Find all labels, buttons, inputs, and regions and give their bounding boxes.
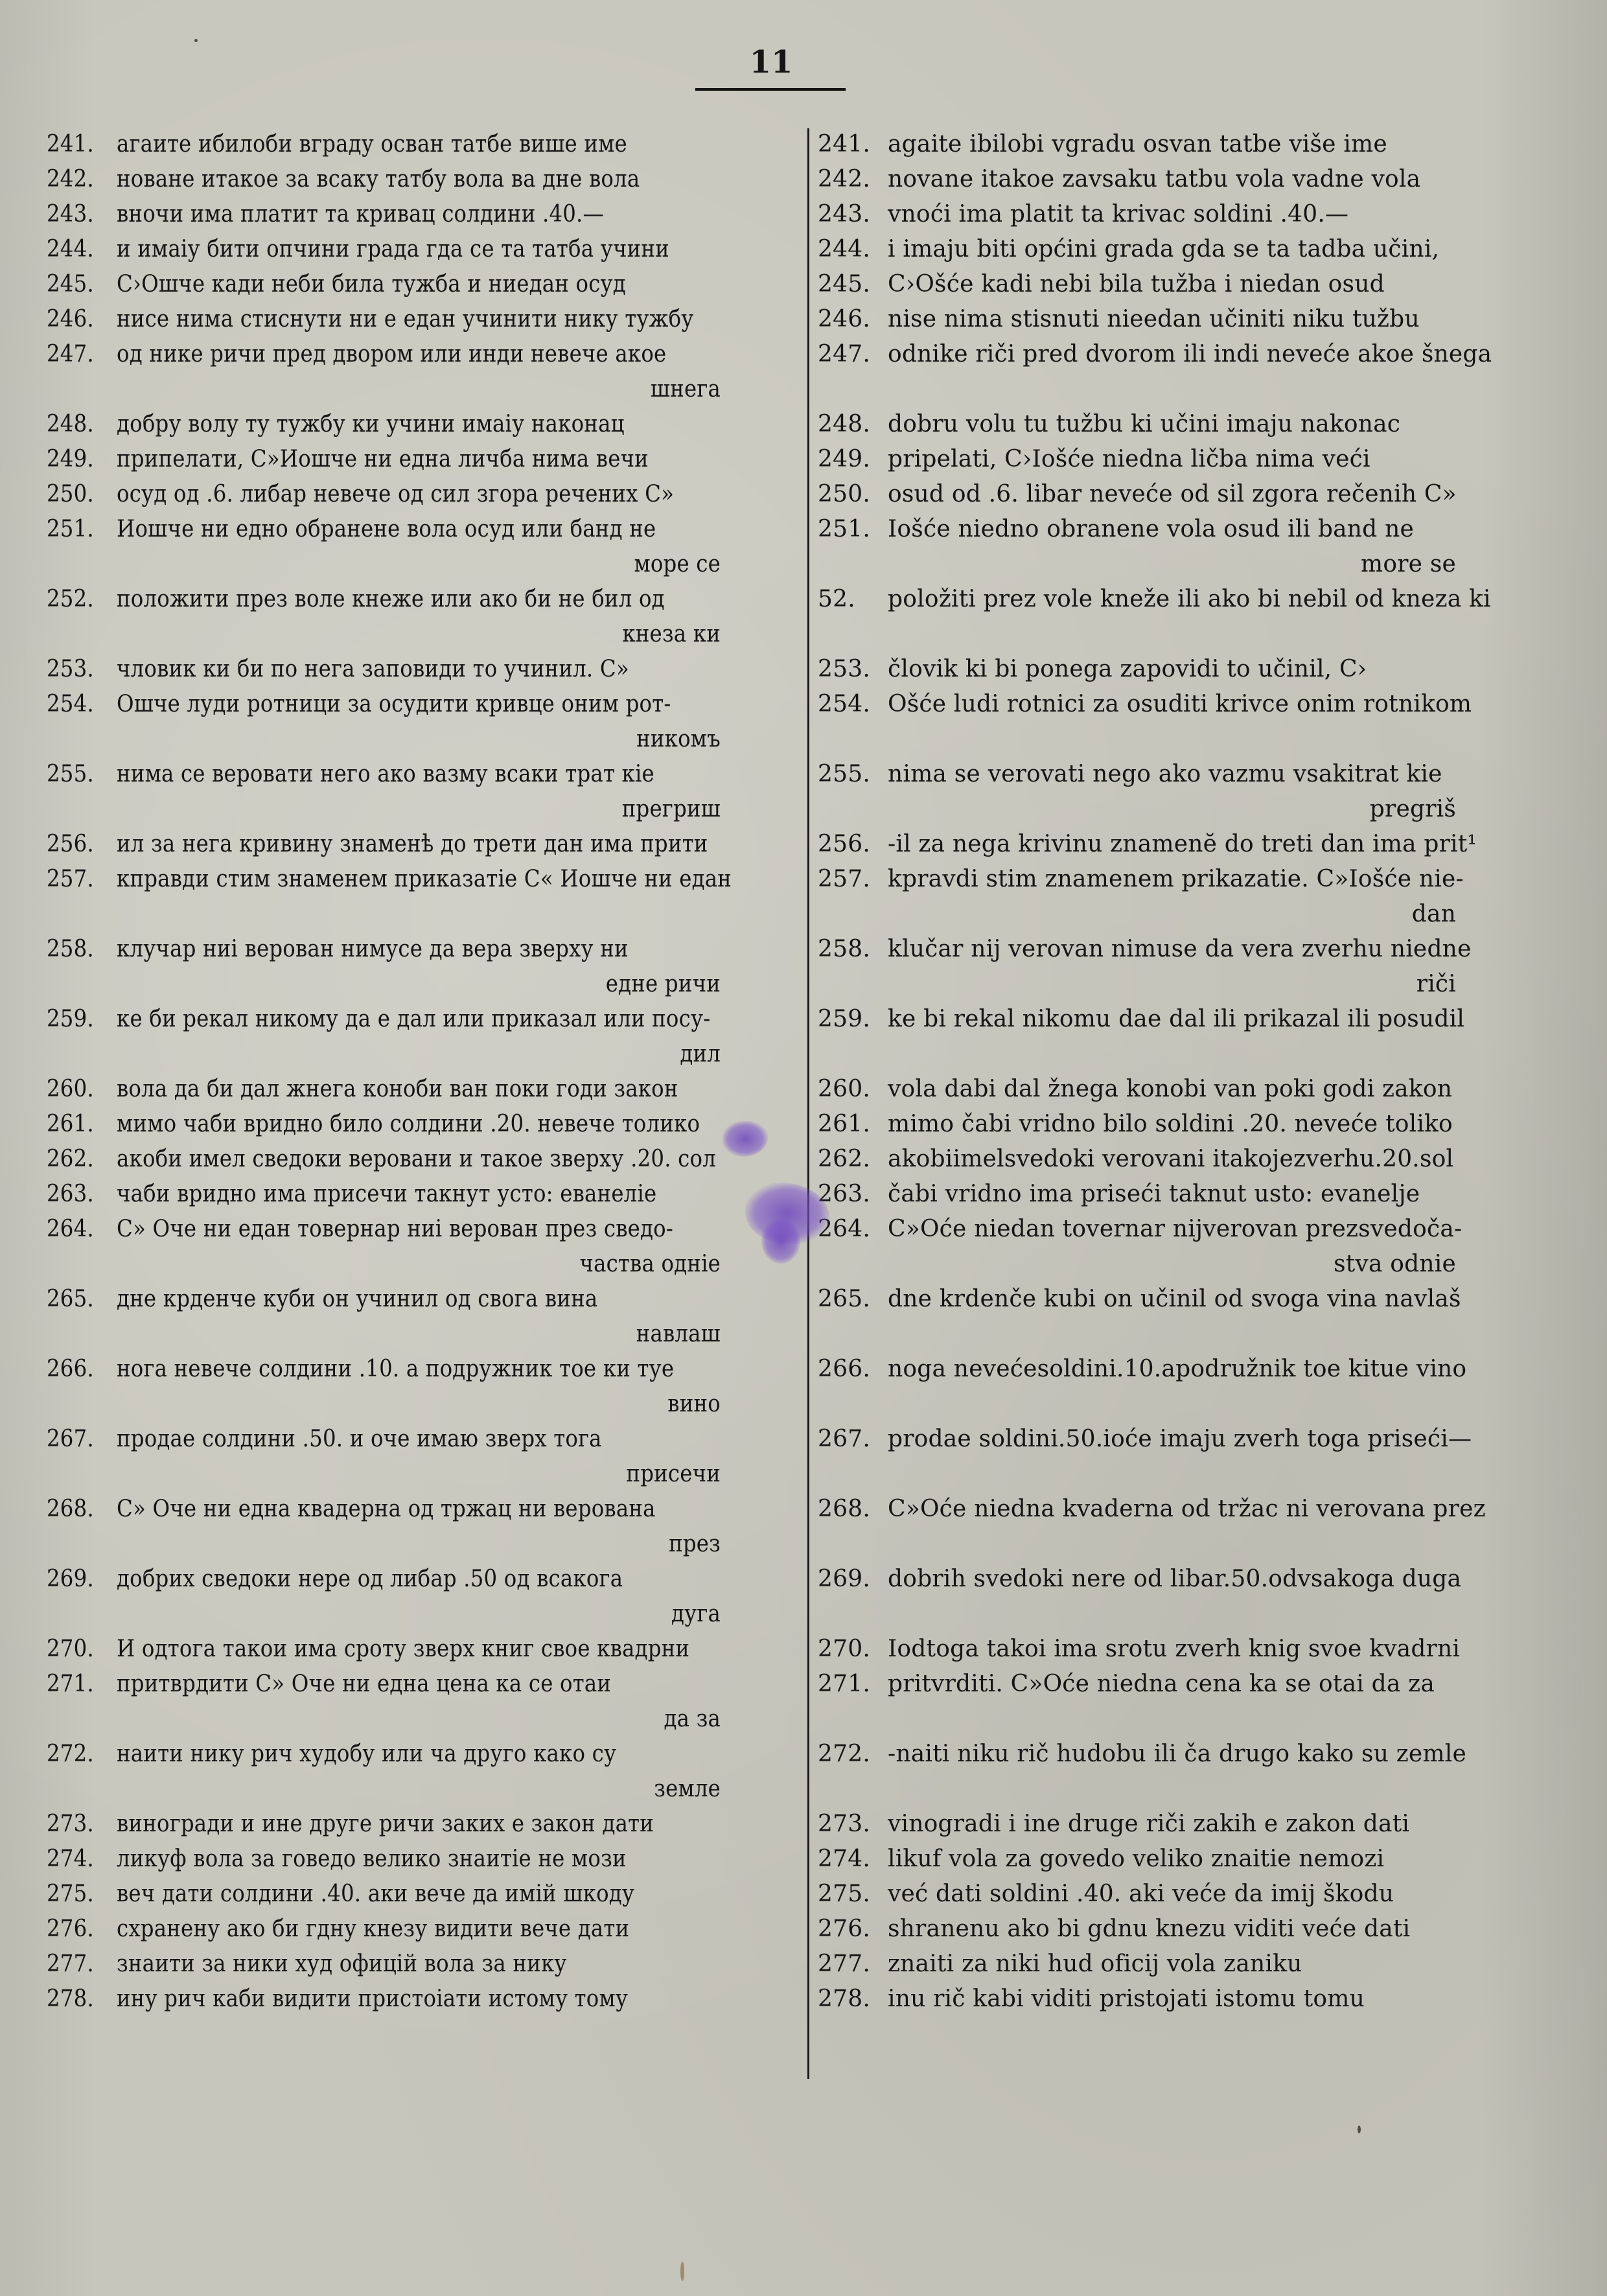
line-text: već dati soldini .40. aki veće da imij š… bbox=[888, 1881, 1394, 1907]
line-number: 251. bbox=[47, 512, 117, 547]
numbered-line: 259.ke bi rekal nikomu dae dal ili prika… bbox=[818, 1002, 1514, 1037]
numbered-line: 273.vinogradi i ine druge riči zakih e z… bbox=[818, 1807, 1514, 1842]
blank-line bbox=[818, 1317, 1514, 1352]
line-continuation: шнега bbox=[47, 372, 798, 407]
blank-line bbox=[818, 1527, 1514, 1562]
numbered-line: 257.кправди стим знаменем приказатіе С« … bbox=[47, 862, 798, 897]
line-text: vola dabi dal žnega konobi van poki godi… bbox=[888, 1076, 1452, 1102]
line-number: 272. bbox=[47, 1737, 117, 1772]
line-text: agaite ibilobi vgradu osvan tatbe više i… bbox=[888, 131, 1387, 157]
line-text: акоби имел сведоки веровани и такое звер… bbox=[117, 1146, 716, 1172]
numbered-line: 256.ил за нега кривину знаменѣ до трети … bbox=[47, 827, 798, 862]
line-continuation: riči bbox=[818, 967, 1514, 1002]
line-text: схранену ако би гдну кнезу видити вече д… bbox=[117, 1916, 629, 1942]
line-number: 277. bbox=[47, 1947, 117, 1982]
numbered-line: 277.знаити за ники худ офицій вола за ни… bbox=[47, 1947, 798, 1982]
line-number: 260. bbox=[818, 1072, 888, 1107]
line-text: клучар ниі верован нимусе да вера зверху… bbox=[117, 936, 629, 962]
line-text: dan bbox=[1412, 901, 1456, 927]
line-continuation: навлаш bbox=[47, 1317, 798, 1352]
line-text: С» Оче ни една квадерна од тржац ни веро… bbox=[117, 1496, 656, 1522]
numbered-line: 243.vnoći ima platit ta krivac soldini .… bbox=[818, 197, 1514, 232]
numbered-line: 242.novane itakoe zavsaku tatbu vola vad… bbox=[818, 162, 1514, 197]
line-number: 270. bbox=[47, 1632, 117, 1667]
line-text: noga nevećesoldini.10.apodružnik toe kit… bbox=[888, 1356, 1466, 1382]
line-text: C»Oće niedan tovernar nijverovan prezsve… bbox=[888, 1216, 1462, 1242]
line-text: нима се веровати него ако вазму всаки тр… bbox=[117, 761, 654, 787]
line-text: и имаіу бити опчини града гда се та татб… bbox=[117, 236, 669, 262]
line-text: nise nima stisnuti nieedan učiniti niku … bbox=[888, 306, 1420, 332]
line-text: akobiimelsvedoki verovani itakojezverhu.… bbox=[888, 1146, 1453, 1172]
numbered-line: 273.виногради и ине друге ричи заких е з… bbox=[47, 1807, 798, 1842]
line-text: Ошче луди ротници за осудити кривце оним… bbox=[117, 691, 671, 717]
line-text: добрих сведоки нере од либар .50 од всак… bbox=[117, 1566, 623, 1592]
numbered-line: 248.добру волу ту тужбу ки учини имаіу н… bbox=[47, 407, 798, 442]
numbered-line: 251.Иошче ни едно обранене вола осуд или… bbox=[47, 512, 798, 547]
line-number: 257. bbox=[818, 862, 888, 897]
line-text: чаби вридно има присечи такнут усто: ева… bbox=[117, 1181, 656, 1207]
line-number: 275. bbox=[818, 1877, 888, 1912]
numbered-line: 266.нога невече солдини .10. а подружник… bbox=[47, 1352, 798, 1387]
numbered-line: 275.već dati soldini .40. aki veće da im… bbox=[818, 1877, 1514, 1912]
line-text: притврдити С» Оче ни една цена ка се ота… bbox=[117, 1671, 611, 1697]
line-text: С» Оче ни едан товернар ниі верован през… bbox=[117, 1216, 673, 1242]
line-number: 264. bbox=[47, 1212, 117, 1247]
line-number: 250. bbox=[818, 477, 888, 512]
line-text: нисе нима стиснути ни е едан учинити ник… bbox=[117, 306, 694, 332]
line-number: 262. bbox=[818, 1142, 888, 1177]
numbered-line: 249.pripelati, C›Iošće niedna ličba nima… bbox=[818, 442, 1514, 477]
line-text: pritvrditi. C»Oće niedna cena ka se otai… bbox=[888, 1671, 1435, 1697]
numbered-line: 265.dne krdenče kubi on učinil od svoga … bbox=[818, 1282, 1514, 1317]
numbered-line: 241.агаите ибилоби вграду осван татбе ви… bbox=[47, 127, 798, 162]
line-text: more se bbox=[1361, 551, 1456, 577]
numbered-line: 246.нисе нима стиснути ни е едан учинити… bbox=[47, 302, 798, 337]
numbered-line: 243.вночи има платит та кривац солдини .… bbox=[47, 197, 798, 232]
numbered-line: 263.čabi vridno ima priseći taknut usto:… bbox=[818, 1177, 1514, 1212]
line-continuation: прегриш bbox=[47, 792, 798, 827]
line-number: 268. bbox=[47, 1492, 117, 1527]
line-continuation: кнеза ки bbox=[47, 617, 798, 652]
line-number: 264. bbox=[818, 1212, 888, 1247]
numbered-line: 247.од нике ричи пред двором или инди не… bbox=[47, 337, 798, 372]
line-text: človik ki bi ponega zapovidi to učinil, … bbox=[888, 656, 1367, 682]
line-text: stva odnie bbox=[1334, 1251, 1456, 1277]
numbered-line: 250.osud od .6. libar neveće od sil zgor… bbox=[818, 477, 1514, 512]
line-text: агаите ибилоби вграду осван татбе више и… bbox=[117, 131, 627, 157]
line-continuation: pregriš bbox=[818, 792, 1514, 827]
line-continuation: stva odnie bbox=[818, 1247, 1514, 1282]
line-text: položiti prez vole kneže ili ako bi nebi… bbox=[888, 586, 1491, 612]
line-continuation: никомъ bbox=[47, 722, 798, 757]
line-text: -naiti niku rič hudobu ili ča drugo kako… bbox=[888, 1741, 1466, 1767]
line-text: чловик ки би по нега заповиди то учинил.… bbox=[117, 656, 629, 682]
line-text: вино bbox=[667, 1391, 721, 1417]
line-text: новане итакое за всаку татбу вола ва дне… bbox=[117, 166, 640, 192]
line-text: дил bbox=[680, 1041, 721, 1067]
line-continuation: през bbox=[47, 1527, 798, 1562]
line-number: 243. bbox=[47, 197, 117, 232]
numbered-line: 252.положити през воле кнеже или ако би … bbox=[47, 582, 798, 617]
line-text: Iošće niedno obranene vola osud ili band… bbox=[888, 516, 1414, 542]
numbered-line: 270.И одтога такои има сроту зверх книг … bbox=[47, 1632, 798, 1667]
line-text: море се bbox=[634, 551, 721, 577]
line-text: навлаш bbox=[636, 1321, 721, 1347]
line-text: prodae soldini.50.ioće imaju zverh toga … bbox=[888, 1426, 1472, 1452]
line-text: -il za nega krivinu znamenĕ do treti dan… bbox=[888, 831, 1477, 857]
line-text: kpravdi stim znamenem prikazatie. C»Iošć… bbox=[888, 866, 1464, 892]
line-text: да за bbox=[664, 1706, 721, 1732]
line-continuation: dan bbox=[818, 897, 1514, 932]
line-text: C»Oće niedna kvaderna od tržac ni verova… bbox=[888, 1496, 1486, 1522]
numbered-line: 253.človik ki bi ponega zapovidi to učin… bbox=[818, 652, 1514, 687]
line-text: i imaju biti općini grada gda se ta tadb… bbox=[888, 236, 1439, 262]
line-text: vnoći ima platit ta krivac soldini .40.— bbox=[888, 201, 1348, 227]
line-number: 256. bbox=[818, 827, 888, 862]
blank-line bbox=[818, 372, 1514, 407]
line-text: Iodtoga takoi ima srotu zverh knig svoe … bbox=[888, 1636, 1460, 1662]
line-continuation: дуга bbox=[47, 1597, 798, 1632]
line-text: ину рич каби видити пристоіати истому то… bbox=[117, 1986, 628, 2012]
numbered-line: 255.nima se verovati nego ako vazmu vsak… bbox=[818, 757, 1514, 792]
line-number: 254. bbox=[818, 687, 888, 722]
numbered-line: 255.нима се веровати него ако вазму всак… bbox=[47, 757, 798, 792]
numbered-line: 260.вола да би дал жнега коноби ван поки… bbox=[47, 1072, 798, 1107]
line-number: 268. bbox=[818, 1492, 888, 1527]
line-number: 278. bbox=[47, 1982, 117, 2017]
line-number: 261. bbox=[47, 1107, 117, 1142]
line-number: 245. bbox=[818, 267, 888, 302]
line-number: 251. bbox=[818, 512, 888, 547]
line-text: вночи има платит та кривац солдини .40.— bbox=[117, 201, 604, 227]
line-continuation: more se bbox=[818, 547, 1514, 582]
column-divider bbox=[807, 128, 809, 2079]
line-text: ke bi rekal nikomu dae dal ili prikazal … bbox=[888, 1006, 1464, 1032]
line-number: 266. bbox=[47, 1352, 117, 1387]
numbered-line: 265.дне крденче куби он учинил од свога … bbox=[47, 1282, 798, 1317]
line-number: 253. bbox=[818, 652, 888, 687]
line-text: Иошче ни едно обранене вола осуд или бан… bbox=[117, 516, 656, 542]
numbered-line: 271.pritvrditi. C»Oće niedna cena ka se … bbox=[818, 1667, 1514, 1702]
line-number: 241. bbox=[818, 127, 888, 162]
numbered-line: 256.-il za nega krivinu znamenĕ do treti… bbox=[818, 827, 1514, 862]
blank-line bbox=[818, 1387, 1514, 1422]
numbered-line: 268.С» Оче ни една квадерна од тржац ни … bbox=[47, 1492, 798, 1527]
numbered-line: 269.dobrih svedoki nere od libar.50.odvs… bbox=[818, 1562, 1514, 1597]
blank-line bbox=[818, 1037, 1514, 1072]
numbered-line: 274.likuf vola za govedo veliko znaitie … bbox=[818, 1842, 1514, 1877]
line-number: 267. bbox=[47, 1422, 117, 1457]
line-text: likuf vola za govedo veliko znaitie nemo… bbox=[888, 1846, 1384, 1872]
line-continuation: частва одніе bbox=[47, 1247, 798, 1282]
line-text: dobrih svedoki nere od libar.50.odvsakog… bbox=[888, 1566, 1461, 1592]
numbered-line: 262.akobiimelsvedoki verovani itakojezve… bbox=[818, 1142, 1514, 1177]
line-number: 252. bbox=[47, 582, 117, 617]
page-number: 11 bbox=[0, 44, 1542, 80]
line-number: 259. bbox=[47, 1002, 117, 1037]
line-number: 250. bbox=[47, 477, 117, 512]
line-number: 266. bbox=[818, 1352, 888, 1387]
blank-line bbox=[818, 617, 1514, 652]
numbered-line: 278.ину рич каби видити пристоіати истом… bbox=[47, 1982, 798, 2017]
line-number: 263. bbox=[818, 1177, 888, 1212]
line-text: продае солдини .50. и оче имаю зверх тог… bbox=[117, 1426, 602, 1452]
numbered-line: 272.наити нику рич худобу или ча друго к… bbox=[47, 1737, 798, 1772]
line-number: 271. bbox=[818, 1667, 888, 1702]
numbered-line: 264.С» Оче ни едан товернар ниі верован … bbox=[47, 1212, 798, 1247]
line-text: присечи bbox=[626, 1461, 721, 1487]
line-number: 248. bbox=[818, 407, 888, 442]
line-continuation: море се bbox=[47, 547, 798, 582]
line-number: 249. bbox=[47, 442, 117, 477]
line-text: знаити за ники худ офицій вола за нику bbox=[117, 1951, 567, 1977]
numbered-line: 248.dobru volu tu tužbu ki učini imaju n… bbox=[818, 407, 1514, 442]
line-text: pripelati, C›Iošće niedna ličba nima već… bbox=[888, 446, 1370, 472]
line-continuation: дил bbox=[47, 1037, 798, 1072]
numbered-line: 249.припелати, С»Иошче ни една личба ним… bbox=[47, 442, 798, 477]
line-number: 263. bbox=[47, 1177, 117, 1212]
line-text: inu rič kabi viditi pristojati istomu to… bbox=[888, 1986, 1365, 2012]
line-number: 246. bbox=[47, 302, 117, 337]
numbered-line: 274.ликуф вола за говедо велико знаитіе … bbox=[47, 1842, 798, 1877]
blank-line bbox=[47, 897, 798, 932]
line-continuation: присечи bbox=[47, 1457, 798, 1492]
line-text: наити нику рич худобу или ча друго како … bbox=[117, 1741, 616, 1767]
numbered-line: 258.клучар ниі верован нимусе да вера зв… bbox=[47, 932, 798, 967]
line-number: 255. bbox=[47, 757, 117, 792]
numbered-line: 245.C›Ošće kadi nebi bila tužba i niedan… bbox=[818, 267, 1514, 302]
line-continuation: вино bbox=[47, 1387, 798, 1422]
numbered-line: 278.inu rič kabi viditi pristojati istom… bbox=[818, 1982, 1514, 2017]
line-text: добру волу ту тужбу ки учини имаіу након… bbox=[117, 411, 625, 437]
line-continuation: земле bbox=[47, 1772, 798, 1807]
line-text: znaiti za niki hud oficij vola zaniku bbox=[888, 1951, 1302, 1977]
numbered-line: 260.vola dabi dal žnega konobi van poki … bbox=[818, 1072, 1514, 1107]
line-number: 261. bbox=[818, 1107, 888, 1142]
numbered-line: 258.klučar nij verovan nimuse da vera zv… bbox=[818, 932, 1514, 967]
line-text: кправди стим знаменем приказатіе С« Иошч… bbox=[117, 866, 732, 892]
numbered-line: 271.притврдити С» Оче ни една цена ка се… bbox=[47, 1667, 798, 1702]
line-text: dobru volu tu tužbu ki učini imaju nakon… bbox=[888, 411, 1400, 437]
line-text: mimo čabi vridno bilo soldini .20. neveć… bbox=[888, 1111, 1453, 1137]
line-text: Ošće ludi rotnici za osuditi krivce onim… bbox=[888, 691, 1472, 717]
line-number: 246. bbox=[818, 302, 888, 337]
line-text: виногради и ине друге ричи заких е закон… bbox=[117, 1811, 654, 1837]
line-number: 242. bbox=[818, 162, 888, 197]
numbered-line: 264.C»Oće niedan tovernar nijverovan pre… bbox=[818, 1212, 1514, 1247]
line-text: мимо чаби вридно било солдини .20. невеч… bbox=[117, 1111, 700, 1137]
numbered-line: 268.C»Oće niedna kvaderna od tržac ni ve… bbox=[818, 1492, 1514, 1527]
numbered-line: 259.ке би рекал никому да е дал или прик… bbox=[47, 1002, 798, 1037]
line-text: ликуф вола за говедо велико знаитіе не м… bbox=[117, 1846, 627, 1872]
numbered-line: 266.noga nevećesoldini.10.apodružnik toe… bbox=[818, 1352, 1514, 1387]
line-number: 276. bbox=[818, 1912, 888, 1947]
line-number: 271. bbox=[47, 1667, 117, 1702]
line-continuation: да за bbox=[47, 1702, 798, 1737]
line-text: čabi vridno ima priseći taknut usto: eva… bbox=[888, 1181, 1420, 1207]
line-number: 245. bbox=[47, 267, 117, 302]
line-number: 258. bbox=[47, 932, 117, 967]
paper-speck bbox=[680, 2262, 684, 2281]
line-text: вола да би дал жнега коноби ван поки год… bbox=[117, 1076, 678, 1102]
numbered-line: 261.mimo čabi vridno bilo soldini .20. n… bbox=[818, 1107, 1514, 1142]
line-number: 269. bbox=[818, 1562, 888, 1597]
line-number: 249. bbox=[818, 442, 888, 477]
numbered-line: 267.prodae soldini.50.ioće imaju zverh t… bbox=[818, 1422, 1514, 1457]
line-number: 274. bbox=[47, 1842, 117, 1877]
line-text: И одтога такои има сроту зверх книг свое… bbox=[117, 1636, 689, 1662]
line-number: 244. bbox=[818, 232, 888, 267]
line-number: 277. bbox=[818, 1947, 888, 1982]
line-text: од нике ричи пред двором или инди невече… bbox=[117, 341, 666, 367]
numbered-line: 242.новане итакое за всаку татбу вола ва… bbox=[47, 162, 798, 197]
paper-speck bbox=[194, 39, 198, 42]
line-text: припелати, С»Иошче ни една личба нима ве… bbox=[117, 446, 649, 472]
line-number: 255. bbox=[818, 757, 888, 792]
line-number: 256. bbox=[47, 827, 117, 862]
line-number: 269. bbox=[47, 1562, 117, 1597]
line-text: dne krdenče kubi on učinil od svoga vina… bbox=[888, 1286, 1461, 1312]
line-number: 272. bbox=[818, 1737, 888, 1772]
line-text: частва одніе bbox=[579, 1251, 721, 1277]
line-number: 273. bbox=[47, 1807, 117, 1842]
numbered-line: 276.shranenu ako bi gdnu knezu viditi ve… bbox=[818, 1912, 1514, 1947]
line-number: 248. bbox=[47, 407, 117, 442]
cyrillic-column: 241.агаите ибилоби вграду осван татбе ви… bbox=[47, 127, 798, 2017]
line-number: 253. bbox=[47, 652, 117, 687]
line-number: 274. bbox=[818, 1842, 888, 1877]
line-text: pregriš bbox=[1370, 796, 1456, 822]
line-number: 242. bbox=[47, 162, 117, 197]
line-number: 265. bbox=[47, 1282, 117, 1317]
numbered-line: 244.и имаіу бити опчини града гда се та … bbox=[47, 232, 798, 267]
paper-speck bbox=[1358, 2126, 1361, 2133]
latin-column: 241.agaite ibilobi vgradu osvan tatbe vi… bbox=[818, 127, 1514, 2017]
line-number: 247. bbox=[818, 337, 888, 372]
line-number: 267. bbox=[818, 1422, 888, 1457]
numbered-line: 261.мимо чаби вридно било солдини .20. н… bbox=[47, 1107, 798, 1142]
line-text: odnike riči pred dvorom ili indi neveće … bbox=[888, 341, 1492, 367]
numbered-line: 250.осуд од .6. либар невече од сил згор… bbox=[47, 477, 798, 512]
line-text: nima se verovati nego ako vazmu vsakitra… bbox=[888, 761, 1442, 787]
line-number: 260. bbox=[47, 1072, 117, 1107]
numbered-line: 247.odnike riči pred dvorom ili indi nev… bbox=[818, 337, 1514, 372]
line-number: 273. bbox=[818, 1807, 888, 1842]
line-number: 258. bbox=[818, 932, 888, 967]
line-number: 278. bbox=[818, 1982, 888, 2017]
line-continuation: едне ричи bbox=[47, 967, 798, 1002]
line-text: novane itakoe zavsaku tatbu vola vadne v… bbox=[888, 166, 1420, 192]
line-number: 257. bbox=[47, 862, 117, 897]
line-text: дуга bbox=[671, 1601, 721, 1627]
numbered-line: 251.Iošće niedno obranene vola osud ili … bbox=[818, 512, 1514, 547]
line-number: 265. bbox=[818, 1282, 888, 1317]
line-number: 254. bbox=[47, 687, 117, 722]
line-text: никомъ bbox=[636, 726, 721, 752]
line-text: шнега bbox=[651, 376, 721, 402]
line-text: osud od .6. libar neveće od sil zgora re… bbox=[888, 481, 1457, 507]
numbered-line: 254.Ošće ludi rotnici za osuditi krivce … bbox=[818, 687, 1514, 722]
numbered-line: 244.i imaju biti općini grada gda se ta … bbox=[818, 232, 1514, 267]
numbered-line: 245.С›Ошче кади неби била тужба и ниедан… bbox=[47, 267, 798, 302]
line-text: през bbox=[669, 1531, 721, 1557]
line-number: 247. bbox=[47, 337, 117, 372]
numbered-line: 262.акоби имел сведоки веровани и такое … bbox=[47, 1142, 798, 1177]
numbered-line: 253.чловик ки би по нега заповиди то учи… bbox=[47, 652, 798, 687]
line-text: нога невече солдини .10. а подружник тое… bbox=[117, 1356, 674, 1382]
numbered-line: 241.agaite ibilobi vgradu osvan tatbe vi… bbox=[818, 127, 1514, 162]
line-number: 259. bbox=[818, 1002, 888, 1037]
line-text: klučar nij verovan nimuse da vera zverhu… bbox=[888, 936, 1472, 962]
numbered-line: 269.добрих сведоки нере од либар .50 од … bbox=[47, 1562, 798, 1597]
line-text: едне ричи bbox=[606, 971, 721, 997]
line-text: C›Ošće kadi nebi bila tužba i niedan osu… bbox=[888, 271, 1385, 297]
numbered-line: 275.веч дати солдини .40. аки вече да им… bbox=[47, 1877, 798, 1912]
line-number: 52. bbox=[818, 582, 888, 617]
page-number-rule bbox=[695, 88, 846, 91]
line-number: 243. bbox=[818, 197, 888, 232]
blank-line bbox=[818, 722, 1514, 757]
line-text: shranenu ako bi gdnu knezu viditi veće d… bbox=[888, 1916, 1410, 1942]
blank-line bbox=[818, 1597, 1514, 1632]
line-text: ил за нега кривину знаменѣ до трети дан … bbox=[117, 831, 708, 857]
blank-line bbox=[818, 1457, 1514, 1492]
numbered-line: 277.znaiti za niki hud oficij vola zanik… bbox=[818, 1947, 1514, 1982]
numbered-line: 267.продае солдини .50. и оче имаю зверх… bbox=[47, 1422, 798, 1457]
numbered-line: 270.Iodtoga takoi ima srotu zverh knig s… bbox=[818, 1632, 1514, 1667]
line-number: 244. bbox=[47, 232, 117, 267]
line-number: 270. bbox=[818, 1632, 888, 1667]
numbered-line: 263.чаби вридно има присечи такнут усто:… bbox=[47, 1177, 798, 1212]
line-number: 276. bbox=[47, 1912, 117, 1947]
line-number: 275. bbox=[47, 1877, 117, 1912]
numbered-line: 257.kpravdi stim znamenem prikazatie. C»… bbox=[818, 862, 1514, 897]
numbered-line: 246.nise nima stisnuti nieedan učiniti n… bbox=[818, 302, 1514, 337]
line-text: прегриш bbox=[622, 796, 721, 822]
line-text: кнеза ки bbox=[622, 621, 721, 647]
line-text: дне крденче куби он учинил од свога вина bbox=[117, 1286, 597, 1312]
line-text: веч дати солдини .40. аки вече да имій ш… bbox=[117, 1881, 634, 1907]
blank-line bbox=[818, 1772, 1514, 1807]
line-text: vinogradi i ine druge riči zakih e zakon… bbox=[888, 1811, 1409, 1837]
blank-line bbox=[818, 1702, 1514, 1737]
numbered-line: 254.Ошче луди ротници за осудити кривце … bbox=[47, 687, 798, 722]
line-text: положити през воле кнеже или ако би не б… bbox=[117, 586, 665, 612]
line-text: С›Ошче кади неби била тужба и ниедан осу… bbox=[117, 271, 626, 297]
line-number: 262. bbox=[47, 1142, 117, 1177]
line-text: riči bbox=[1416, 971, 1456, 997]
line-text: ке би рекал никому да е дал или приказал… bbox=[117, 1006, 710, 1032]
numbered-line: 272.-naiti niku rič hudobu ili ča drugo … bbox=[818, 1737, 1514, 1772]
numbered-line: 52.položiti prez vole kneže ili ako bi n… bbox=[818, 582, 1514, 617]
line-number: 241. bbox=[47, 127, 117, 162]
line-text: земле bbox=[654, 1776, 721, 1802]
numbered-line: 276.схранену ако би гдну кнезу видити ве… bbox=[47, 1912, 798, 1947]
line-text: осуд од .6. либар невече од сил згора ре… bbox=[117, 481, 674, 507]
